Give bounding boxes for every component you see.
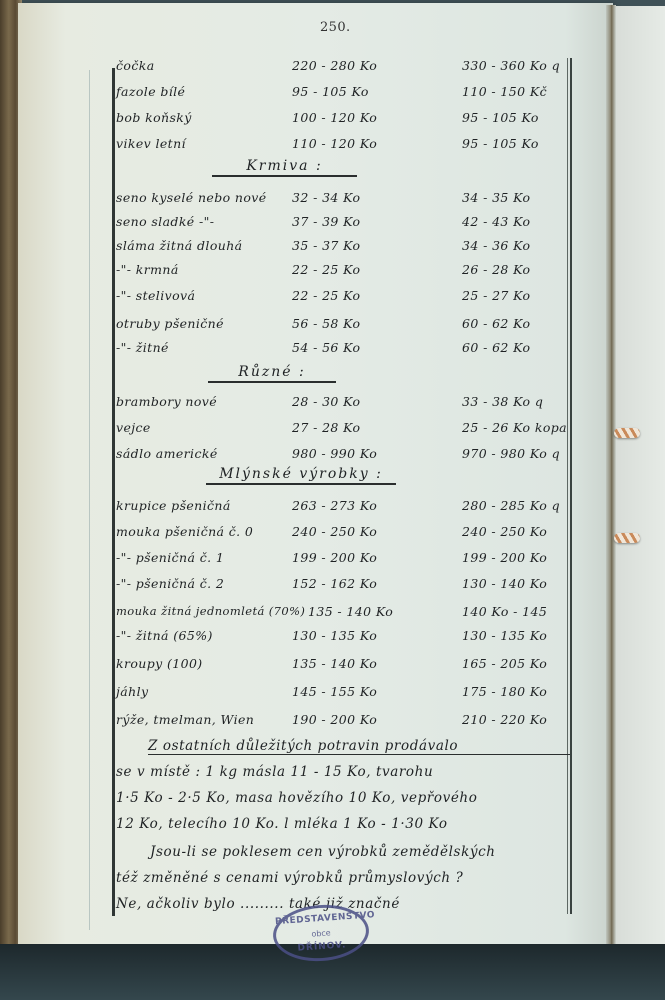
price-local: 37 - 39 Ko	[292, 214, 360, 229]
paragraph-line: 12 Ko, telecího 10 Ko. l mléka 1 Ko - 1·…	[116, 816, 576, 832]
price-market: 26 - 28 Ko	[462, 262, 530, 277]
price-market: 140 Ko - 145	[462, 604, 547, 619]
item-name: rýže, tmelman, Wien	[116, 712, 254, 727]
price-row: mouka pšeničná č. 0 240 - 250 Ko 240 - 2…	[116, 520, 570, 544]
price-row: vejce 27 - 28 Ko 25 - 26 Ko kopa	[116, 416, 570, 440]
price-row: -"- stelivová 22 - 25 Ko 25 - 27 Ko	[116, 284, 570, 308]
price-row: krupice pšeničná 263 - 273 Ko 280 - 285 …	[116, 494, 570, 518]
binding-thread-icon	[614, 533, 640, 543]
price-local: 263 - 273 Ko	[292, 498, 377, 513]
price-market: 110 - 150 Kč	[462, 84, 547, 99]
price-local: 980 - 990 Ko	[292, 446, 377, 461]
price-market: 199 - 200 Ko	[462, 550, 547, 565]
item-name: krupice pšeničná	[116, 498, 231, 513]
price-market: 330 - 360 Ko q	[462, 58, 560, 73]
price-row: bob koňský 100 - 120 Ko 95 - 105 Ko	[116, 106, 570, 130]
price-row: seno sladké -"- 37 - 39 Ko 42 - 43 Ko	[116, 210, 570, 234]
price-local: 35 - 37 Ko	[292, 238, 360, 253]
item-name: -"- krmná	[116, 262, 179, 277]
price-market: 25 - 26 Ko kopa	[462, 420, 567, 435]
price-local: 110 - 120 Ko	[292, 136, 377, 151]
price-local: 56 - 58 Ko	[292, 316, 360, 331]
item-name: -"- pšeničná č. 2	[116, 576, 224, 591]
price-local: 145 - 155 Ko	[292, 684, 377, 699]
stamp-text-top: PŘEDSTAVENSTVO	[275, 911, 365, 927]
price-market: 130 - 135 Ko	[462, 628, 547, 643]
page-number: 250.	[320, 20, 351, 35]
item-name: seno sladké -"-	[116, 214, 214, 229]
price-row: fazole bílé 95 - 105 Ko 110 - 150 Kč	[116, 80, 570, 104]
price-row: -"- krmná 22 - 25 Ko 26 - 28 Ko	[116, 258, 570, 282]
price-local: 22 - 25 Ko	[292, 262, 360, 277]
price-market: 25 - 27 Ko	[462, 288, 530, 303]
section-heading-krmiva: Krmiva :	[212, 158, 357, 177]
price-local: 135 - 140 Ko	[292, 656, 377, 671]
section-heading-mlynske-vyrobky: Mlýnské výrobky :	[206, 466, 396, 485]
item-name: kroupy (100)	[116, 656, 203, 671]
price-market: 210 - 220 Ko	[462, 712, 547, 727]
price-market: 34 - 36 Ko	[462, 238, 530, 253]
item-name: vikev letní	[116, 136, 186, 151]
price-market: 42 - 43 Ko	[462, 214, 530, 229]
paragraph-line: Z ostatních důležitých potravin prodával…	[148, 738, 570, 755]
paragraph-line: se v místě : 1 kg másla 11 - 15 Ko, tvar…	[116, 764, 576, 780]
price-row: vikev letní 110 - 120 Ko 95 - 105 Ko	[116, 132, 570, 156]
price-market: 60 - 62 Ko	[462, 316, 530, 331]
price-row: jáhly 145 - 155 Ko 175 - 180 Ko	[116, 680, 570, 704]
price-local: 32 - 34 Ko	[292, 190, 360, 205]
price-market: 34 - 35 Ko	[462, 190, 530, 205]
item-name: čočka	[116, 58, 155, 73]
price-local: 95 - 105 Ko	[292, 84, 369, 99]
price-market: 95 - 105 Ko	[462, 110, 539, 125]
price-row: otruby pšeničné 56 - 58 Ko 60 - 62 Ko	[116, 312, 570, 336]
item-name: vejce	[116, 420, 151, 435]
item-name: -"- pšeničná č. 1	[116, 550, 224, 565]
facing-page-edge	[616, 6, 665, 944]
price-row: -"- pšeničná č. 1 199 - 200 Ko 199 - 200…	[116, 546, 570, 570]
price-row: mouka žitná jednomletá (70%) 135 - 140 K…	[116, 600, 570, 624]
item-name: sádlo americké	[116, 446, 218, 461]
item-name: bob koňský	[116, 110, 192, 125]
price-local: 28 - 30 Ko	[292, 394, 360, 409]
faint-margin-line	[89, 70, 90, 930]
paragraph-line: též změněné s cenami výrobků průmyslovýc…	[116, 870, 576, 886]
price-row: brambory nové 28 - 30 Ko 33 - 38 Ko q	[116, 390, 570, 414]
price-local: 100 - 120 Ko	[292, 110, 377, 125]
item-name: -"- stelivová	[116, 288, 195, 303]
item-name: brambory nové	[116, 394, 217, 409]
price-local: 190 - 200 Ko	[292, 712, 377, 727]
price-market: 280 - 285 Ko q	[462, 498, 560, 513]
price-local: 220 - 280 Ko	[292, 58, 377, 73]
price-local: 240 - 250 Ko	[292, 524, 377, 539]
price-row: čočka 220 - 280 Ko 330 - 360 Ko q	[116, 54, 570, 78]
item-name: sláma žitná dlouhá	[116, 238, 243, 253]
section-heading-ruzne: Různé :	[208, 364, 336, 383]
page-gutter	[606, 5, 616, 945]
paragraph-line: 1·5 Ko - 2·5 Ko, masa hovězího 10 Ko, ve…	[116, 790, 576, 806]
paragraph-line: Jsou-li se poklesem cen výrobků zeměděls…	[150, 844, 610, 860]
item-name: fazole bílé	[116, 84, 185, 99]
item-name: mouka pšeničná č. 0	[116, 524, 253, 539]
left-ruled-border	[112, 68, 115, 916]
item-name: jáhly	[116, 684, 148, 699]
price-row: seno kyselé nebo nové 32 - 34 Ko 34 - 35…	[116, 186, 570, 210]
price-local: 130 - 135 Ko	[292, 628, 377, 643]
price-market: 95 - 105 Ko	[462, 136, 539, 151]
price-market: 165 - 205 Ko	[462, 656, 547, 671]
price-local: 22 - 25 Ko	[292, 288, 360, 303]
item-name: mouka žitná jednomletá (70%)	[116, 604, 305, 618]
price-row: kroupy (100) 135 - 140 Ko 165 - 205 Ko	[116, 652, 570, 676]
price-local: 135 - 140 Ko	[308, 604, 393, 619]
item-name: -"- žitná (65%)	[116, 628, 213, 643]
price-market: 175 - 180 Ko	[462, 684, 547, 699]
price-local: 199 - 200 Ko	[292, 550, 377, 565]
right-ruled-border-outer	[570, 58, 572, 914]
item-name: seno kyselé nebo nové	[116, 190, 267, 205]
item-name: -"- žitné	[116, 340, 169, 355]
price-row: -"- žitná (65%) 130 - 135 Ko 130 - 135 K…	[116, 624, 570, 648]
price-local: 54 - 56 Ko	[292, 340, 360, 355]
price-row: rýže, tmelman, Wien 190 - 200 Ko 210 - 2…	[116, 708, 570, 732]
price-row: sádlo americké 980 - 990 Ko 970 - 980 Ko…	[116, 442, 570, 466]
binding-thread-icon	[614, 428, 640, 438]
price-local: 152 - 162 Ko	[292, 576, 377, 591]
price-row: sláma žitná dlouhá 35 - 37 Ko 34 - 36 Ko	[116, 234, 570, 258]
price-row: -"- žitné 54 - 56 Ko 60 - 62 Ko	[116, 336, 570, 360]
item-name: otruby pšeničné	[116, 316, 224, 331]
price-market: 130 - 140 Ko	[462, 576, 547, 591]
price-row: -"- pšeničná č. 2 152 - 162 Ko 130 - 140…	[116, 572, 570, 596]
price-market: 60 - 62 Ko	[462, 340, 530, 355]
price-local: 27 - 28 Ko	[292, 420, 360, 435]
price-market: 240 - 250 Ko	[462, 524, 547, 539]
price-market: 33 - 38 Ko q	[462, 394, 543, 409]
price-market: 970 - 980 Ko q	[462, 446, 560, 461]
